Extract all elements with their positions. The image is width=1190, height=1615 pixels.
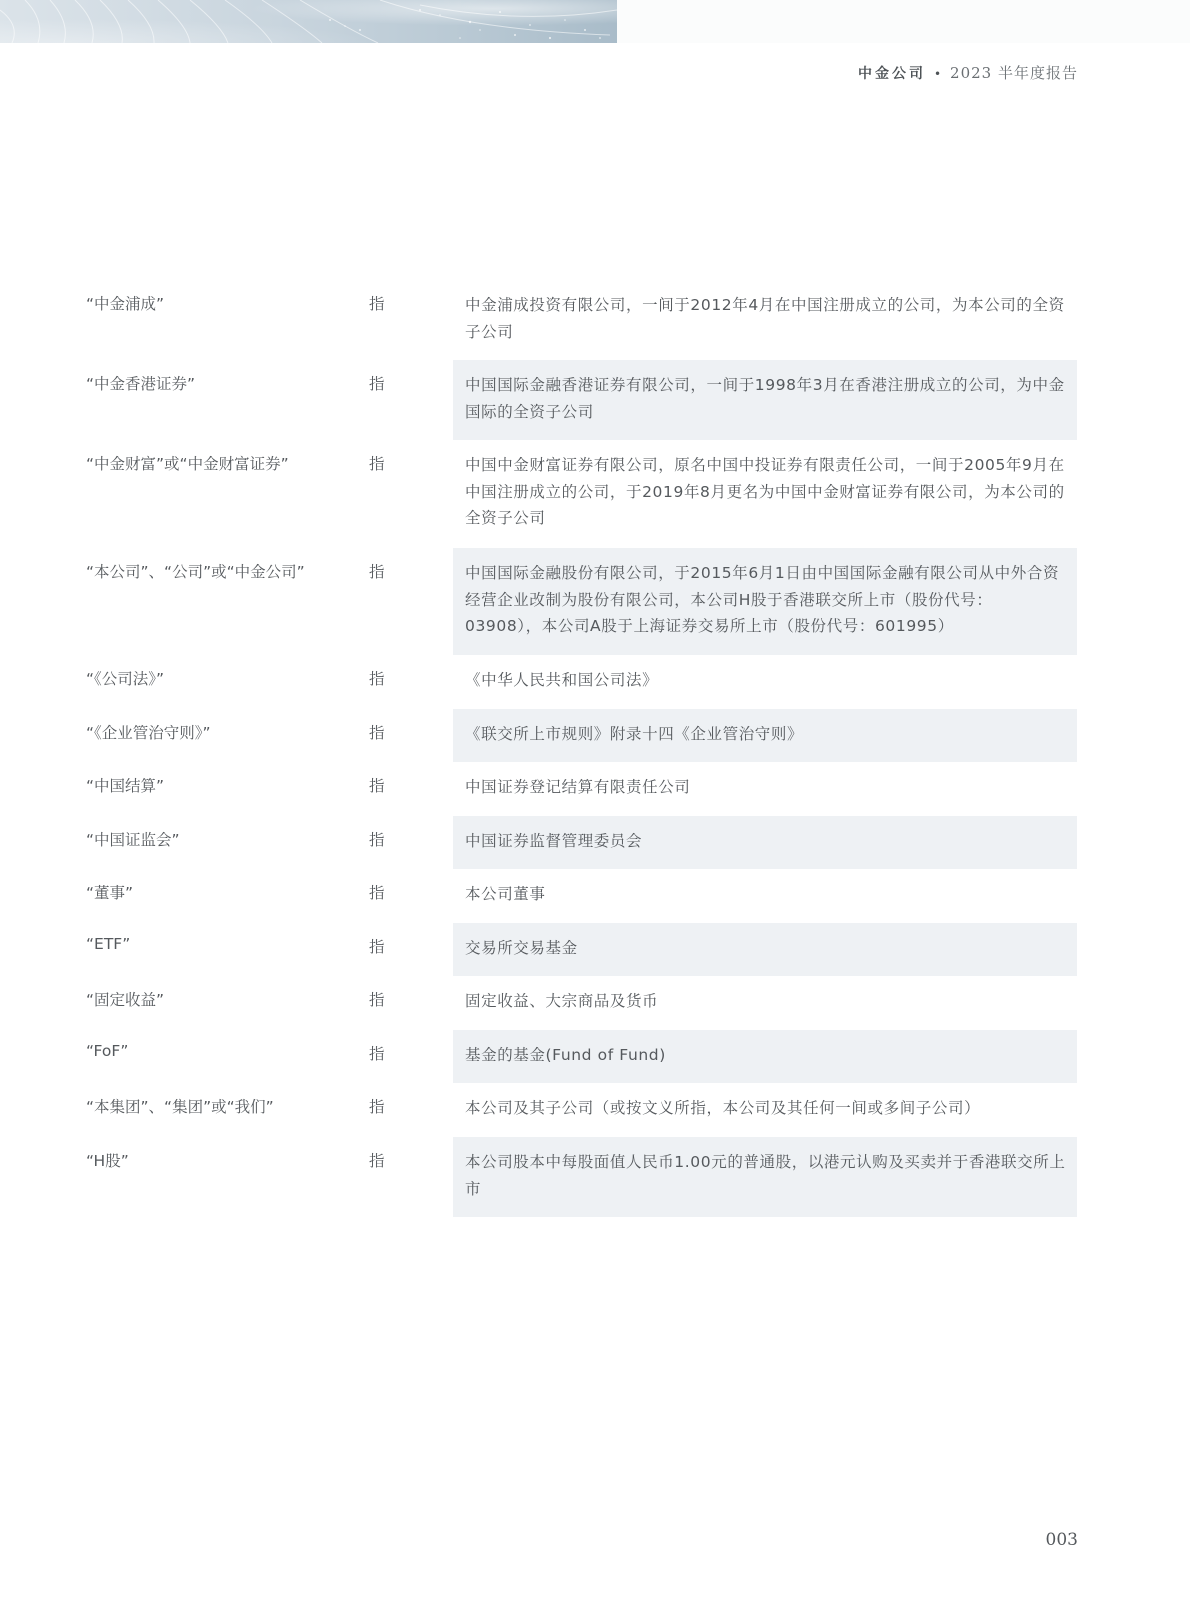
- report-header: 中金公司•2023 半年度报告: [858, 62, 1078, 83]
- definition-row: “ETF” 指 交易所交易基金: [0, 923, 1190, 976]
- definition-row: “中金香港证券” 指 中国国际金融香港证券有限公司，一间于1998年3月在香港注…: [0, 360, 1190, 440]
- definition-row: “本公司”、“公司”或“中金公司” 指 中国国际金融股份有限公司，于2015年6…: [0, 548, 1190, 655]
- definition-description: 中国国际金融香港证券有限公司，一间于1998年3月在香港注册成立的公司，为中金国…: [453, 360, 1077, 440]
- definition-means: 指: [369, 881, 385, 903]
- definition-term: “H股”: [86, 1149, 129, 1171]
- report-title: 2023 半年度报告: [950, 64, 1078, 82]
- definition-means: 指: [369, 452, 385, 474]
- definition-means: 指: [369, 774, 385, 796]
- definition-term: “本公司”、“公司”或“中金公司”: [86, 560, 305, 582]
- definition-term: “中金浦成”: [86, 292, 164, 314]
- definition-means: 指: [369, 1095, 385, 1117]
- definition-row: “H股” 指 本公司股本中每股面值人民币1.00元的普通股，以港元认购及买卖并于…: [0, 1137, 1190, 1217]
- definition-description: 中国证券监督管理委员会: [453, 816, 1077, 869]
- definition-row: “FoF” 指 基金的基金(Fund of Fund): [0, 1030, 1190, 1083]
- definition-description: 《联交所上市规则》附录十四《企业管治守则》: [453, 709, 1077, 762]
- page-number: 003: [1046, 1530, 1078, 1550]
- header-banner-image: [0, 0, 617, 43]
- definition-means: 指: [369, 372, 385, 394]
- definition-description: 《中华人民共和国公司法》: [453, 655, 1077, 709]
- definition-description: 中国证券登记结算有限责任公司: [453, 762, 1077, 816]
- definition-term: “FoF”: [86, 1042, 128, 1060]
- definition-description: 交易所交易基金: [453, 923, 1077, 976]
- definition-row: “中国结算” 指 中国证券登记结算有限责任公司: [0, 762, 1190, 816]
- definition-means: 指: [369, 828, 385, 850]
- company-name: 中金公司: [858, 66, 926, 82]
- definition-description: 固定收益、大宗商品及货币: [453, 976, 1077, 1030]
- definition-term: “中金财富”或“中金财富证券”: [86, 452, 289, 474]
- definition-row: “《公司法》” 指 《中华人民共和国公司法》: [0, 655, 1190, 709]
- definition-row: “中金浦成” 指 中金浦成投资有限公司，一间于2012年4月在中国注册成立的公司…: [0, 280, 1190, 360]
- definition-term: “中金香港证券”: [86, 372, 195, 394]
- definition-term: “中国证监会”: [86, 828, 180, 850]
- definition-row: “固定收益” 指 固定收益、大宗商品及货币: [0, 976, 1190, 1030]
- definition-term: “董事”: [86, 881, 133, 903]
- definitions-table: “中金浦成” 指 中金浦成投资有限公司，一间于2012年4月在中国注册成立的公司…: [0, 280, 1190, 1217]
- definition-row: “《企业管治守则》” 指 《联交所上市规则》附录十四《企业管治守则》: [0, 709, 1190, 762]
- definition-term: “《企业管治守则》”: [86, 721, 211, 743]
- decorative-wave-lines-icon: [0, 0, 617, 43]
- header-banner-blank: [617, 0, 1190, 43]
- definition-term: “《公司法》”: [86, 667, 164, 689]
- definition-means: 指: [369, 935, 385, 957]
- separator-dot: •: [934, 67, 942, 81]
- definition-description: 本公司股本中每股面值人民币1.00元的普通股，以港元认购及买卖并于香港联交所上市: [453, 1137, 1077, 1217]
- definition-description: 中国国际金融股份有限公司，于2015年6月1日由中国国际金融有限公司从中外合资经…: [453, 548, 1077, 655]
- definition-row: “董事” 指 本公司董事: [0, 869, 1190, 923]
- definition-description: 本公司董事: [453, 869, 1077, 923]
- definition-term: “ETF”: [86, 935, 130, 953]
- definition-row: “本集团”、“集团”或“我们” 指 本公司及其子公司（或按文义所指，本公司及其任…: [0, 1083, 1190, 1137]
- definition-means: 指: [369, 292, 385, 314]
- definition-description: 中金浦成投资有限公司，一间于2012年4月在中国注册成立的公司，为本公司的全资子…: [453, 280, 1077, 360]
- definition-term: “固定收益”: [86, 988, 164, 1010]
- definition-row: “中国证监会” 指 中国证券监督管理委员会: [0, 816, 1190, 869]
- definition-term: “中国结算”: [86, 774, 164, 796]
- definition-term: “本集团”、“集团”或“我们”: [86, 1095, 274, 1117]
- definition-row: “中金财富”或“中金财富证券” 指 中国中金财富证券有限公司，原名中国中投证券有…: [0, 440, 1190, 548]
- definition-description: 本公司及其子公司（或按文义所指，本公司及其任何一间或多间子公司）: [453, 1083, 1077, 1137]
- definition-description: 基金的基金(Fund of Fund): [453, 1030, 1077, 1083]
- definition-means: 指: [369, 1042, 385, 1064]
- definition-means: 指: [369, 988, 385, 1010]
- definition-means: 指: [369, 721, 385, 743]
- definition-means: 指: [369, 1149, 385, 1171]
- definition-means: 指: [369, 560, 385, 582]
- definition-description: 中国中金财富证券有限公司，原名中国中投证券有限责任公司，一间于2005年9月在中…: [453, 440, 1077, 548]
- definition-means: 指: [369, 667, 385, 689]
